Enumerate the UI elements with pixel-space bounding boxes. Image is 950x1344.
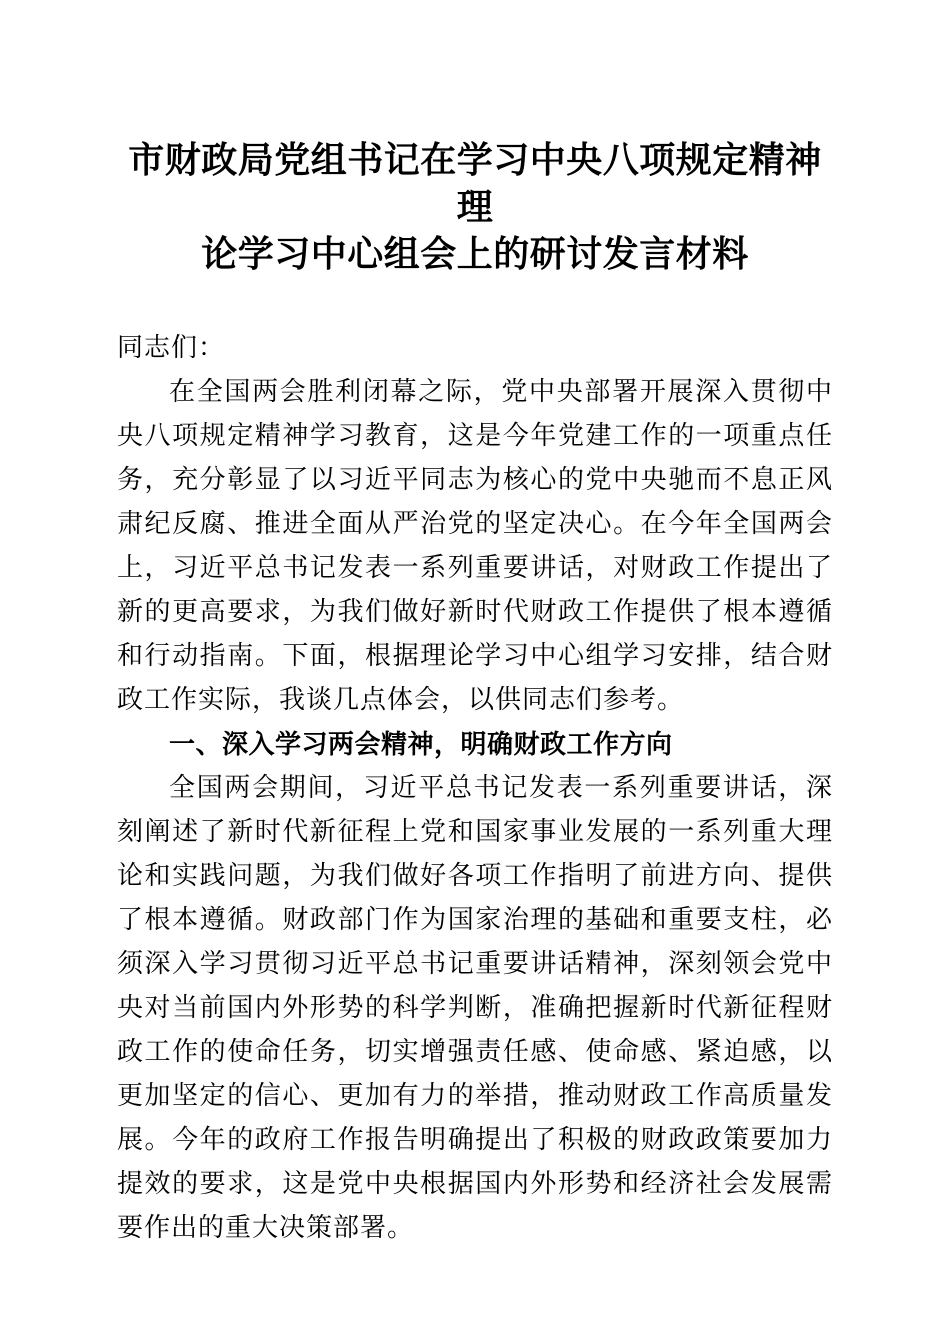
intro-paragraph: 在全国两会胜利闭幕之际，党中央部署开展深入贯彻中央八项规定精神学习教育，这是今年… <box>117 370 833 722</box>
salutation: 同志们： <box>117 326 833 370</box>
section-1-heading: 一、深入学习两会精神，明确财政工作方向 <box>117 722 833 766</box>
document-page: 市财政局党组书记在学习中央八项规定精神理 论学习中心组会上的研讨发言材料 同志们… <box>0 0 950 1344</box>
section-1-paragraph: 全国两会期间，习近平总书记发表一系列重要讲话，深刻阐述了新时代新征程上党和国家事… <box>117 766 833 1250</box>
document-title: 市财政局党组书记在学习中央八项规定精神理 论学习中心组会上的研讨发言材料 <box>117 137 833 278</box>
document-title-line-2: 论学习中心组会上的研讨发言材料 <box>117 231 833 278</box>
document-title-line-1: 市财政局党组书记在学习中央八项规定精神理 <box>117 137 833 231</box>
